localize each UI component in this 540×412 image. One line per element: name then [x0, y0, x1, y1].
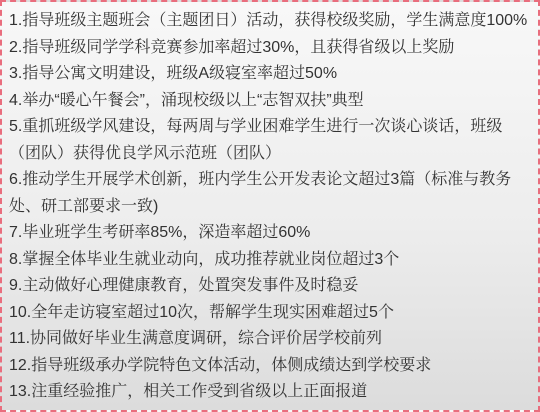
list-item: 4.举办“暖心午餐会”，涌现校级以上“志智双扶”典型 [9, 88, 533, 115]
list-item: 11.协同做好毕业生满意度调研，综合评价居学校前列 [9, 326, 533, 353]
task-checklist: 1.指导班级主题班会（主题团日）活动，获得校级奖励，学生满意度100% 2.指导… [9, 8, 533, 406]
list-item: 8.掌握全体毕业生就业动向，成功推荐就业岗位超过3个 [9, 247, 533, 274]
list-item: 7.毕业班学生考研率85%，深造率超过60% [9, 220, 533, 247]
list-item: 13.注重经验推广，相关工作受到省级以上正面报道 [9, 379, 533, 406]
list-item: 10.全年走访寝室超过10次，帮解学生现实困难超过5个 [9, 300, 533, 327]
list-item: 2.指导班级同学学科竞赛参加率超过30%，且获得省级以上奖励 [9, 35, 533, 62]
dashed-text-box: 1.指导班级主题班会（主题团日）活动，获得校级奖励，学生满意度100% 2.指导… [0, 0, 540, 412]
list-item: 5.重抓班级学风建设，每两周与学业困难学生进行一次谈心谈话，班级（团队）获得优良… [9, 114, 533, 167]
list-item: 3.指导公寓文明建设，班级A级寝室率超过50% [9, 61, 533, 88]
list-item: 12.指导班级承办学院特色文体活动，体侧成绩达到学校要求 [9, 353, 533, 380]
list-item: 9.主动做好心理健康教育，处置突发事件及时稳妥 [9, 273, 533, 300]
list-item: 6.推动学生开展学术创新，班内学生公开发表论文超过3篇（标准与教务处、研工部要求… [9, 167, 533, 220]
list-item: 1.指导班级主题班会（主题团日）活动，获得校级奖励，学生满意度100% [9, 8, 533, 35]
